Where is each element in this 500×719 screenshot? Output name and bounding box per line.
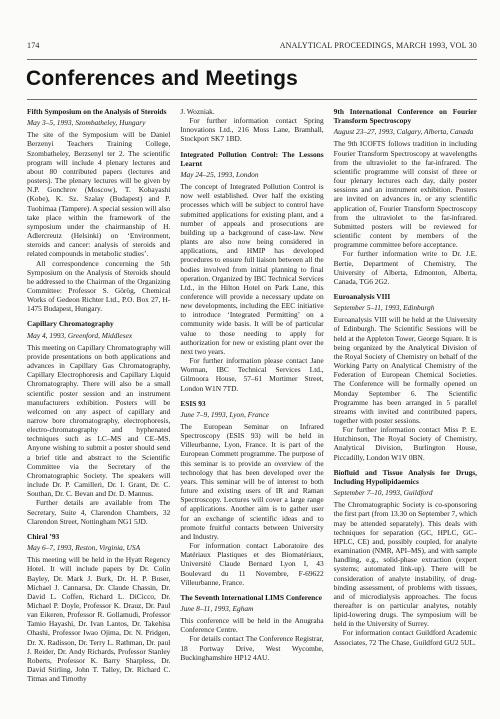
section-paragraph: For further information please contact J… (180, 356, 323, 393)
section-paragraph: For information contact Guildford Academ… (334, 628, 477, 646)
section-date: August 23–27, 1993, Calgary, Alberta, Ca… (334, 127, 477, 136)
section-paragraph: The site of the Symposium will be Daniel… (27, 130, 170, 258)
section-paragraph: The European Seminar on Infrared Spectro… (180, 422, 323, 541)
section-date: May 24–25, 1993, London (180, 170, 323, 179)
section-paragraph: For further information contact Spring I… (180, 116, 323, 143)
section-paragraph: The concept of Integrated Pollution Cont… (180, 182, 323, 356)
section-date: May 4, 1993, Greenford, Middlesex (27, 331, 170, 340)
section-seventh-lims-conference: The Seventh International LIMS Conferenc… (180, 593, 323, 662)
section-heading: The Seventh International LIMS Conferenc… (180, 593, 323, 602)
section-paragraph: For details contact The Conference Regis… (180, 634, 323, 661)
section-heading: Biofluid and Tissue Analysis for Drugs, … (334, 468, 477, 486)
divider-under-title (27, 99, 477, 100)
section-integrated-pollution-control: Integrated Pollution Control: The Lesson… (180, 150, 323, 393)
column-2: J. Wozniak. For further information cont… (180, 107, 323, 683)
section-paragraph: For further information write to Dr. J.E… (334, 249, 477, 286)
section-paragraph: Further details are available from The S… (27, 498, 170, 525)
section-paragraph: For further information contact Miss P. … (334, 425, 477, 462)
section-heading: ESIS 93 (180, 399, 323, 408)
journal-header: ANALYTICAL PROCEEDINGS, MARCH 1993, VOL … (280, 41, 477, 50)
divider-top (27, 59, 477, 60)
section-date: September 7–10, 1993, Guildford (334, 488, 477, 497)
section-date: September 5–11, 1993, Edinburgh (334, 303, 477, 312)
section-paragraph: The Chromatographic Society is co-sponso… (334, 500, 477, 628)
page-header: 174 ANALYTICAL PROCEEDINGS, MARCH 1993, … (27, 41, 477, 50)
section-paragraph: This meeting on Capillary Chromatography… (27, 343, 170, 499)
columns-container: Fifth Symposium on the Analysis of Stero… (27, 107, 477, 683)
section-date: June 7–9, 1993, Lyon, France (180, 410, 323, 419)
section-paragraph: J. Wozniak. (180, 107, 323, 116)
section-paragraph: For information contact Laboratoire des … (180, 541, 323, 587)
section-heading: Chiral ’93 (27, 532, 170, 541)
column-3: 9th International Conference on Fourier … (334, 107, 477, 683)
column-1: Fifth Symposium on the Analysis of Stero… (27, 107, 170, 683)
section-continuation: J. Wozniak. For further information cont… (180, 107, 323, 144)
section-date: May 3–5, 1993, Szombatheley, Hungary (27, 118, 170, 127)
section-paragraph: Euroanalysis VIII will be held at the Un… (334, 315, 477, 425)
section-chiral-93: Chiral ’93 May 6–7, 1993, Reston, Virgin… (27, 532, 170, 684)
section-fifth-symposium-steroids: Fifth Symposium on the Analysis of Stero… (27, 107, 170, 313)
section-date: June 8–11, 1993, Egham (180, 604, 323, 613)
section-heading: Capillary Chromatography (27, 319, 170, 328)
page-title: Conferences and Meetings (26, 67, 477, 91)
section-paragraph: The 9th ICOFTS follows tradition in incl… (334, 139, 477, 249)
section-paragraph: This conference will be held in the Anug… (180, 616, 323, 634)
section-capillary-chromatography: Capillary Chromatography May 4, 1993, Gr… (27, 319, 170, 525)
section-paragraph: All correspondence concerning the 5th Sy… (27, 259, 170, 314)
section-heading: 9th International Conference on Fourier … (334, 107, 477, 125)
section-biofluid-tissue-analysis: Biofluid and Tissue Analysis for Drugs, … (334, 468, 477, 647)
section-heading: Integrated Pollution Control: The Lesson… (180, 150, 323, 168)
journal-page: 174 ANALYTICAL PROCEEDINGS, MARCH 1993, … (0, 0, 500, 719)
section-esis-93: ESIS 93 June 7–9, 1993, Lyon, France The… (180, 399, 323, 587)
page-number: 174 (27, 41, 40, 50)
section-heading: Euroanalysis VIII (334, 292, 477, 301)
section-heading: Fifth Symposium on the Analysis of Stero… (27, 107, 170, 116)
section-paragraph: This meeting will be held in the Hyatt R… (27, 555, 170, 683)
section-euroanalysis-viii: Euroanalysis VIII September 5–11, 1993, … (334, 292, 477, 462)
section-date: May 6–7, 1993, Reston, Virginia, USA (27, 543, 170, 552)
section-9th-fourier-transform: 9th International Conference on Fourier … (334, 107, 477, 286)
